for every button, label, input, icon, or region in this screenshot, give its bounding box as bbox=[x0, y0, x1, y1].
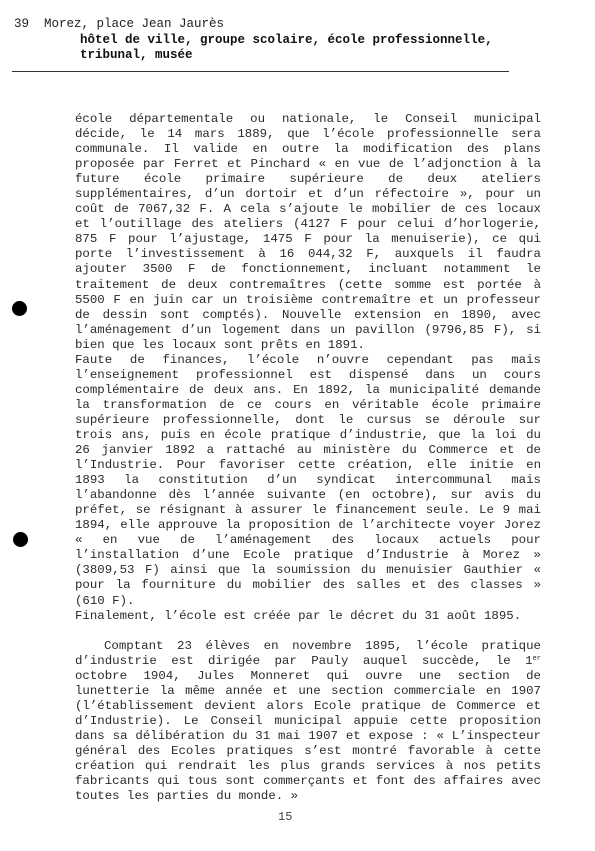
header-divider bbox=[12, 71, 509, 72]
paragraph-1: école départementale ou nationale, le Co… bbox=[75, 112, 541, 353]
paragraph-4-part2: octobre 1904, Jules Monneret qui ouvre u… bbox=[75, 669, 541, 803]
paragraph-4-superscript: er bbox=[533, 655, 541, 663]
header-title-line2: tribunal, musée bbox=[80, 48, 510, 63]
body-text: école départementale ou nationale, le Co… bbox=[75, 112, 541, 804]
header-number: 39 bbox=[14, 17, 29, 31]
punch-hole-top bbox=[12, 301, 27, 316]
paragraph-2: Faute de finances, l’école n’ouvre cepen… bbox=[75, 353, 541, 609]
paragraph-3: Finalement, l’école est créée par le déc… bbox=[75, 609, 541, 624]
page-number: 15 bbox=[278, 810, 292, 824]
header-place: Morez, place Jean Jaurès bbox=[44, 17, 224, 31]
header-title-line1: hôtel de ville, groupe scolaire, école p… bbox=[80, 33, 510, 48]
paragraph-4-part1: Comptant 23 élèves en novembre 1895, l’é… bbox=[75, 639, 541, 668]
paragraph-4: Comptant 23 élèves en novembre 1895, l’é… bbox=[75, 639, 541, 805]
header-title: hôtel de ville, groupe scolaire, école p… bbox=[80, 33, 510, 63]
paragraph-gap bbox=[75, 624, 541, 639]
punch-hole-bottom bbox=[13, 532, 28, 547]
